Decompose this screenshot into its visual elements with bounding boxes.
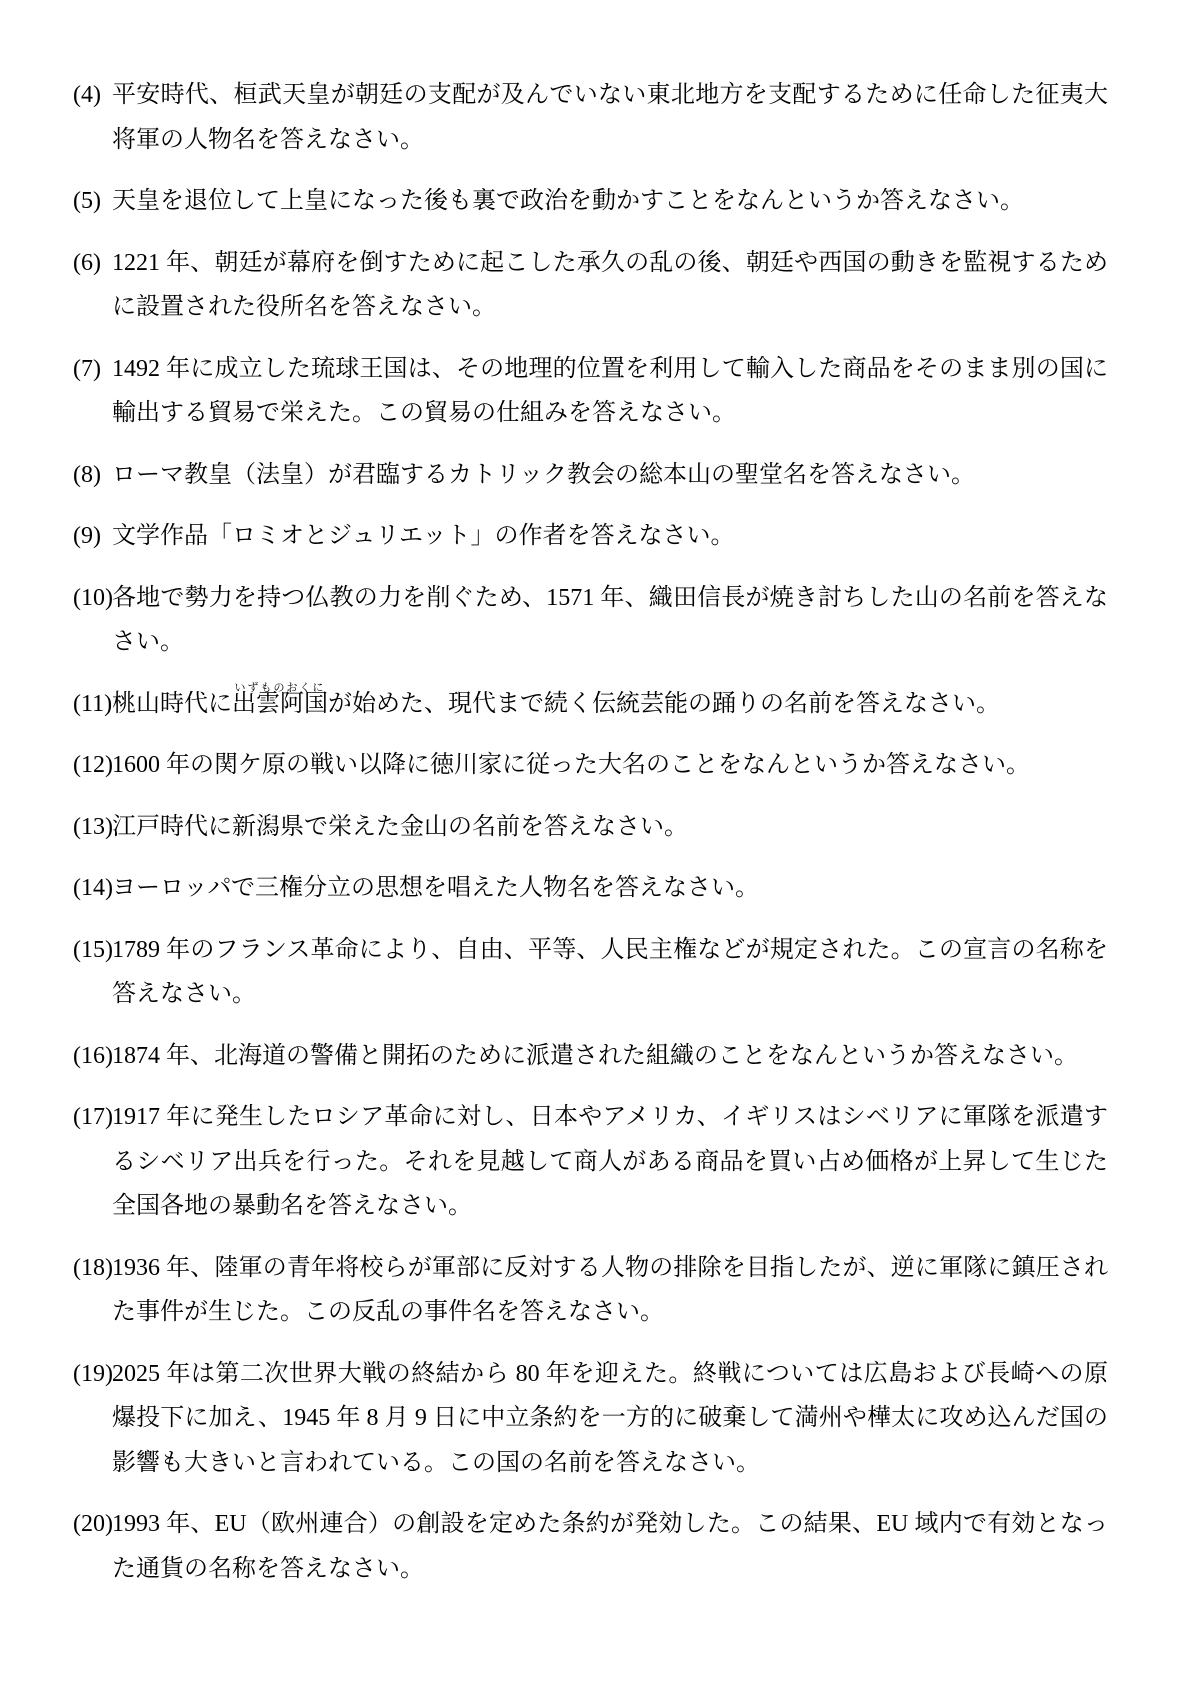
question-number: (6): [73, 241, 101, 286]
question-line: 1874 年、北海道の警備と開拓のために派遣された組織のことをなんというか答えな…: [112, 1034, 1108, 1079]
question-number: (20): [73, 1502, 113, 1547]
question-item: (12) 1600 年の関ケ原の戦い以降に徳川家に従った大名のことをなんというか…: [0, 743, 1190, 788]
ruby-annotation: いずものおくに出雲阿国: [232, 682, 328, 727]
question-item: (10) 各地で勢力を持つ仏教の力を削ぐため、1571 年、織田信長が焼き討ちし…: [0, 576, 1190, 665]
question-number: (7): [73, 347, 101, 392]
question-line: た事件が生じた。この反乱の事件名を答えなさい。: [112, 1290, 1108, 1335]
question-item: (20) 1993 年、EU（欧州連合）の創設を定めた条約が発効した。この結果、…: [0, 1502, 1190, 1591]
question-line: に設置された役所名を答えなさい。: [112, 285, 1108, 330]
question-line: 1917 年に発生したロシア革命に対し、日本やアメリカ、イギリスはシベリアに軍隊…: [112, 1095, 1108, 1140]
question-line: るシベリア出兵を行った。それを見越して商人がある商品を買い占め価格が上昇して生じ…: [112, 1140, 1108, 1185]
question-line: 平安時代、桓武天皇が朝廷の支配が及んでいない東北地方を支配するために任命した征夷…: [112, 73, 1108, 118]
question-number: (4): [73, 73, 101, 118]
question-line: 1492 年に成立した琉球王国は、その地理的位置を利用して輸入した商品をそのまま…: [112, 347, 1108, 392]
question-number: (12): [73, 743, 113, 788]
question-item: (17) 1917 年に発生したロシア革命に対し、日本やアメリカ、イギリスはシベ…: [0, 1095, 1190, 1229]
question-line: 爆投下に加え、1945 年 8 月 9 日に中立条約を一方的に破棄して満州や樺太…: [112, 1396, 1108, 1441]
question-line: 2025 年は第二次世界大戦の終結から 80 年を迎えた。終戦については広島およ…: [112, 1352, 1108, 1397]
question-item: (16) 1874 年、北海道の警備と開拓のために派遣された組織のことをなんとい…: [0, 1034, 1190, 1079]
question-item: (19) 2025 年は第二次世界大戦の終結から 80 年を迎えた。終戦について…: [0, 1352, 1190, 1486]
question-line: 1221 年、朝廷が幕府を倒すために起こした承久の乱の後、朝廷や西国の動きを監視…: [112, 241, 1108, 286]
ruby-base: 出雲阿国: [232, 691, 328, 717]
question-item: (11) 桃山時代にいずものおくに出雲阿国が始めた、現代まで続く伝統芸能の踊りの…: [0, 682, 1190, 727]
question-number: (14): [73, 866, 113, 911]
question-item: (15) 1789 年のフランス革命により、自由、平等、人民主権などが規定された…: [0, 928, 1190, 1017]
question-item: (18) 1936 年、陸軍の青年将校らが軍部に反対する人物の排除を目指したが、…: [0, 1246, 1190, 1335]
question-line: 影響も大きいと言われている。この国の名前を答えなさい。: [112, 1441, 1108, 1486]
question-line: 各地で勢力を持つ仏教の力を削ぐため、1571 年、織田信長が焼き討ちした山の名前…: [112, 576, 1108, 621]
question-item: (4) 平安時代、桓武天皇が朝廷の支配が及んでいない東北地方を支配するために任命…: [0, 73, 1190, 162]
question-line: 全国各地の暴動名を答えなさい。: [112, 1184, 1108, 1229]
question-line: 文学作品「ロミオとジュリエット」の作者を答えなさい。: [112, 514, 1108, 559]
worksheet-page: (4) 平安時代、桓武天皇が朝廷の支配が及んでいない東北地方を支配するために任命…: [0, 0, 1190, 1683]
question-number: (19): [73, 1352, 113, 1397]
question-text-before: 桃山時代に: [112, 691, 232, 717]
question-line: 将軍の人物名を答えなさい。: [112, 118, 1108, 163]
question-line: さい。: [112, 620, 1108, 665]
question-number: (13): [73, 805, 113, 850]
question-line: 1936 年、陸軍の青年将校らが軍部に反対する人物の排除を目指したが、逆に軍隊に…: [112, 1246, 1108, 1291]
question-number: (16): [73, 1034, 113, 1079]
question-number: (15): [73, 928, 113, 973]
question-line: 桃山時代にいずものおくに出雲阿国が始めた、現代まで続く伝統芸能の踊りの名前を答え…: [112, 682, 1108, 727]
question-number: (18): [73, 1246, 113, 1291]
question-line: 1789 年のフランス革命により、自由、平等、人民主権などが規定された。この宣言…: [112, 928, 1108, 973]
question-line: ローマ教皇（法皇）が君臨するカトリック教会の総本山の聖堂名を答えなさい。: [112, 453, 1108, 498]
question-text-after: が始めた、現代まで続く伝統芸能の踊りの名前を答えなさい。: [328, 691, 1000, 717]
question-line: 1993 年、EU（欧州連合）の創設を定めた条約が発効した。この結果、EU 域内…: [112, 1502, 1108, 1547]
question-item: (13) 江戸時代に新潟県で栄えた金山の名前を答えなさい。: [0, 805, 1190, 850]
question-line: ヨーロッパで三権分立の思想を唱えた人物名を答えなさい。: [112, 866, 1108, 911]
question-item: (14) ヨーロッパで三権分立の思想を唱えた人物名を答えなさい。: [0, 866, 1190, 911]
question-item: (6) 1221 年、朝廷が幕府を倒すために起こした承久の乱の後、朝廷や西国の動…: [0, 241, 1190, 330]
question-line: 江戸時代に新潟県で栄えた金山の名前を答えなさい。: [112, 805, 1108, 850]
question-item: (8) ローマ教皇（法皇）が君臨するカトリック教会の総本山の聖堂名を答えなさい。: [0, 453, 1190, 498]
question-line: 輸出する貿易で栄えた。この貿易の仕組みを答えなさい。: [112, 391, 1108, 436]
question-number: (11): [73, 682, 112, 727]
question-item: (9) 文学作品「ロミオとジュリエット」の作者を答えなさい。: [0, 514, 1190, 559]
question-number: (8): [73, 453, 101, 498]
question-line: 答えなさい。: [112, 972, 1108, 1017]
question-number: (17): [73, 1095, 113, 1140]
question-number: (5): [73, 179, 101, 224]
question-line: 天皇を退位して上皇になった後も裏で政治を動かすことをなんというか答えなさい。: [112, 179, 1108, 224]
question-item: (5) 天皇を退位して上皇になった後も裏で政治を動かすことをなんというか答えなさ…: [0, 179, 1190, 224]
question-line: た通貨の名称を答えなさい。: [112, 1547, 1108, 1592]
ruby-reading: いずものおくに: [226, 683, 334, 694]
question-item: (7) 1492 年に成立した琉球王国は、その地理的位置を利用して輸入した商品を…: [0, 347, 1190, 436]
question-line: 1600 年の関ケ原の戦い以降に徳川家に従った大名のことをなんというか答えなさい…: [112, 743, 1108, 788]
question-number: (9): [73, 514, 101, 559]
question-number: (10): [73, 576, 113, 621]
